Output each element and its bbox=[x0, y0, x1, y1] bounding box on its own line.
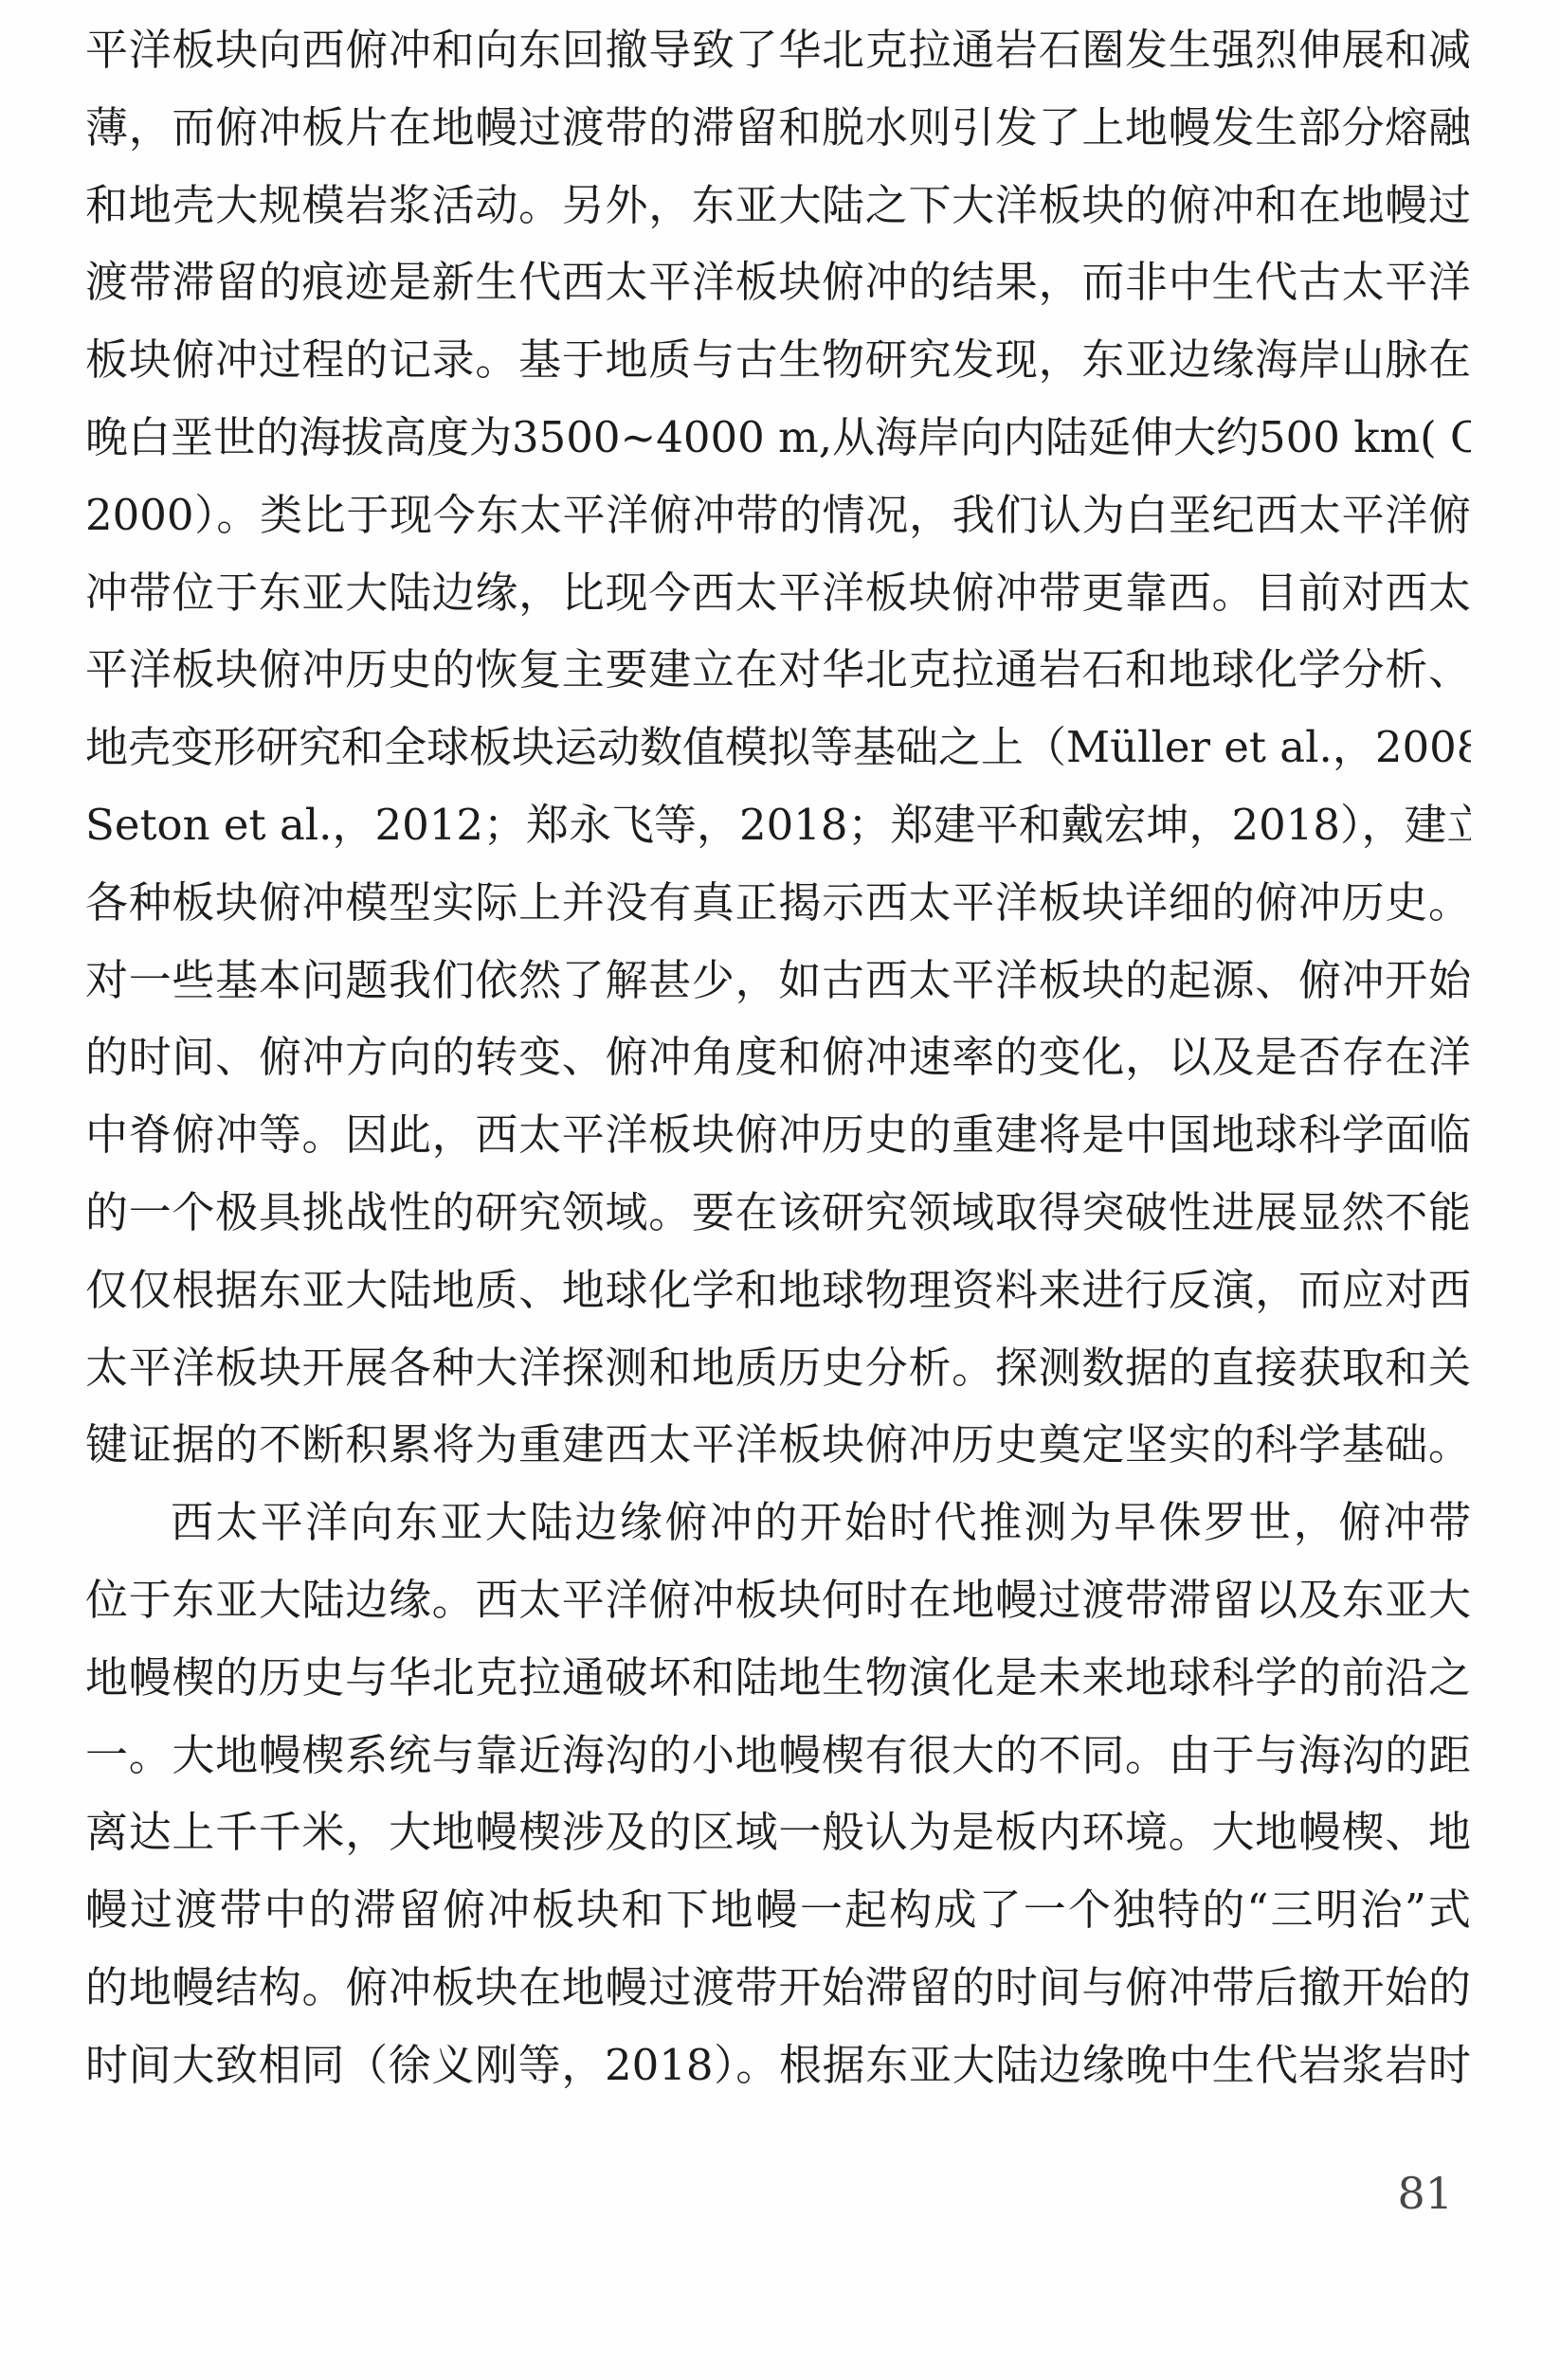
document-page: 平洋板块向西俯冲和向东回撤导致了华北克拉通岩石圈发生强烈伸展和减 薄，而俯冲板片… bbox=[0, 0, 1560, 2380]
text-line: 平洋板块俯冲历史的恢复主要建立在对华北克拉通岩石和地球化学分析、 bbox=[85, 631, 1471, 709]
text-line: 位于东亚大陆边缘。西太平洋俯冲板块何时在地幔过渡带滞留以及东亚大 bbox=[85, 1561, 1471, 1639]
text-line: 平洋板块向西俯冲和向东回撤导致了华北克拉通岩石圈发生强烈伸展和减 bbox=[85, 11, 1471, 89]
text-line: 地壳变形研究和全球板块运动数值模拟等基础之上（Müller et al.，200… bbox=[85, 709, 1471, 786]
text-line: 薄，而俯冲板片在地幔过渡带的滞留和脱水则引发了上地幔发生部分熔融 bbox=[85, 89, 1471, 167]
text-line: 的一个极具挑战性的研究领域。要在该研究领域取得突破性进展显然不能 bbox=[85, 1174, 1471, 1252]
text-line: 离达上千千米，大地幔楔涉及的区域一般认为是板内环境。大地幔楔、地 bbox=[85, 1794, 1471, 1871]
text-line: 2000）。类比于现今东太平洋俯冲带的情况，我们认为白垩纪西太平洋俯 bbox=[85, 477, 1471, 554]
text-line: 渡带滞留的痕迹是新生代西太平洋板块俯冲的结果，而非中生代古太平洋 bbox=[85, 243, 1471, 321]
text-line: 各种板块俯冲模型实际上并没有真正揭示西太平洋板块详细的俯冲历史。 bbox=[85, 864, 1471, 942]
text-line: 仅仅根据东亚大陆地质、地球化学和地球物理资料来进行反演，而应对西 bbox=[85, 1252, 1471, 1329]
text-line: 中脊俯冲等。因此，西太平洋板块俯冲历史的重建将是中国地球科学面临 bbox=[85, 1096, 1471, 1174]
page-number: 81 bbox=[1397, 2170, 1453, 2217]
text-line: 晚白垩世的海拔高度为3500~4000 m,从海岸向内陆延伸大约500 km( … bbox=[85, 399, 1471, 477]
text-line: 时间大致相同（徐义刚等，2018）。根据东亚大陆边缘晚中生代岩浆岩时 bbox=[85, 2027, 1471, 2104]
text-line: 的地幔结构。俯冲板块在地幔过渡带开始滞留的时间与俯冲带后撤开始的 bbox=[85, 1949, 1471, 2027]
text-line: 冲带位于东亚大陆边缘，比现今西太平洋板块俯冲带更靠西。目前对西太 bbox=[85, 554, 1471, 632]
text-line: 地幔楔的历史与华北克拉通破坏和陆地生物演化是未来地球科学的前沿之 bbox=[85, 1639, 1471, 1717]
text-line: 键证据的不断积累将为重建西太平洋板块俯冲历史奠定坚实的科学基础。 bbox=[85, 1406, 1471, 1484]
text-line: 太平洋板块开展各种大洋探测和地质历史分析。探测数据的直接获取和关 bbox=[85, 1329, 1471, 1407]
text-line: 板块俯冲过程的记录。基于地质与古生物研究发现，东亚边缘海岸山脉在 bbox=[85, 321, 1471, 399]
text-line: Seton et al.，2012；郑永飞等，2018；郑建平和戴宏坤，2018… bbox=[85, 786, 1471, 864]
text-line: 幔过渡带中的滞留俯冲板块和下地幔一起构成了一个独特的“三明治”式 bbox=[85, 1871, 1471, 1949]
text-line: 对一些基本问题我们依然了解甚少，如古西太平洋板块的起源、俯冲开始 bbox=[85, 942, 1471, 1019]
text-line: 和地壳大规模岩浆活动。另外，东亚大陆之下大洋板块的俯冲和在地幔过 bbox=[85, 167, 1471, 244]
text-line: 的时间、俯冲方向的转变、俯冲角度和俯冲速率的变化，以及是否存在洋 bbox=[85, 1019, 1471, 1096]
text-line: 一。大地幔楔系统与靠近海沟的小地幔楔有很大的不同。由于与海沟的距 bbox=[85, 1717, 1471, 1794]
text-line-paragraph-start: 西太平洋向东亚大陆边缘俯冲的开始时代推测为早侏罗世，俯冲带 bbox=[85, 1484, 1471, 1561]
body-text: 平洋板块向西俯冲和向东回撤导致了华北克拉通岩石圈发生强烈伸展和减 薄，而俯冲板片… bbox=[85, 11, 1471, 2104]
